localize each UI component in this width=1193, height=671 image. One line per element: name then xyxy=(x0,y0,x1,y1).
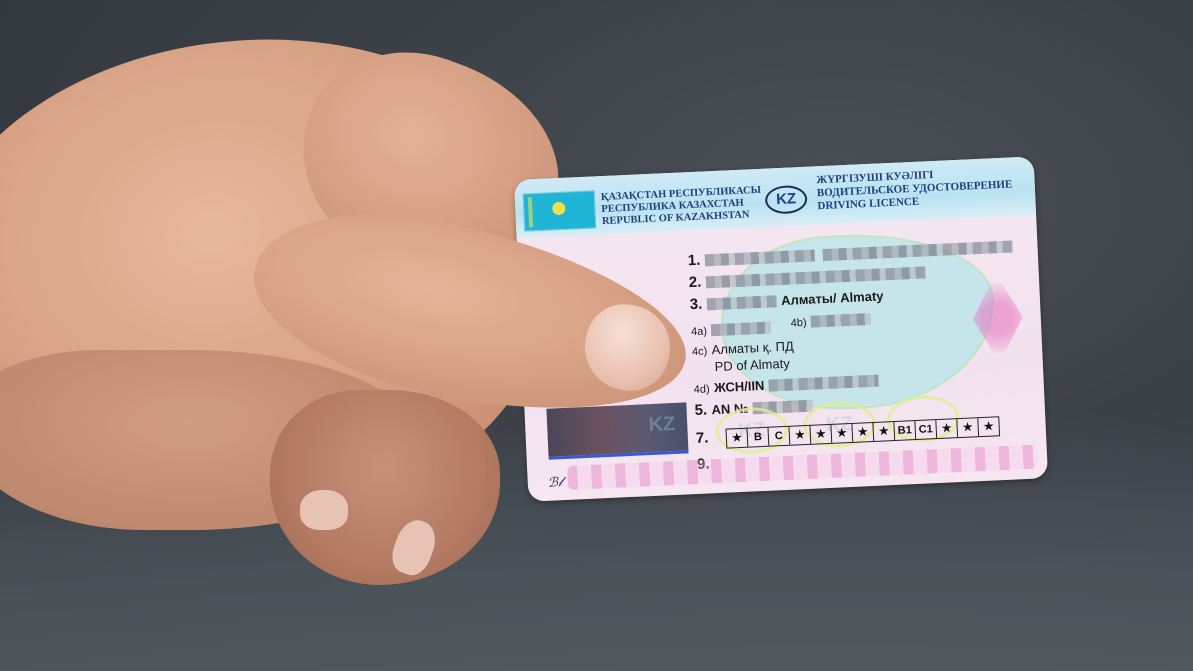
photo-scene: ҚАЗАҚСТАН РЕСПУБЛИКАСЫ РЕСПУБЛИКА КАЗАХС… xyxy=(0,0,1193,671)
field-4b: 4b) xyxy=(790,310,871,332)
holder-photo: KZ xyxy=(546,402,688,459)
redacted-value xyxy=(707,295,777,310)
category-cell: ★ xyxy=(936,419,958,438)
field-4a: 4a) xyxy=(691,318,772,340)
category-cell: ★ xyxy=(957,418,979,437)
place-of-birth: Алматы/ Almaty xyxy=(781,288,884,308)
category-cell: ★ xyxy=(789,426,811,445)
category-cell: ★ xyxy=(852,423,874,442)
issuing-authority: Алматы қ. ПД xyxy=(711,338,794,357)
redacted-value xyxy=(811,313,871,328)
redacted-value xyxy=(705,249,815,266)
category-cell: B xyxy=(748,428,770,447)
redacted-value xyxy=(711,321,771,336)
photo-kz-watermark: KZ xyxy=(648,413,676,437)
redacted-value xyxy=(769,374,879,391)
category-cell: ★ xyxy=(873,422,895,441)
category-cell: B1 xyxy=(894,421,916,440)
category-cell: ★ xyxy=(831,424,853,443)
category-cell: C xyxy=(768,427,790,446)
issuer-text: ҚАЗАҚСТАН РЕСПУБЛИКАСЫ РЕСПУБЛИКА КАЗАХС… xyxy=(601,185,763,228)
category-cell: C1 xyxy=(915,420,937,439)
category-cell: ★ xyxy=(810,425,832,444)
field-7: 7. xyxy=(696,429,709,448)
kazakhstan-flag-icon xyxy=(523,190,597,231)
category-cell: ★ xyxy=(978,417,999,436)
iin-label: ЖСН/IIN xyxy=(714,378,765,395)
fingernail xyxy=(300,490,348,530)
category-cell: ★ xyxy=(727,429,749,448)
holder-signature: ℬ𝓁 xyxy=(547,474,562,491)
field-4c: 4c) Алматы қ. ПД PD of Almaty xyxy=(692,337,795,375)
